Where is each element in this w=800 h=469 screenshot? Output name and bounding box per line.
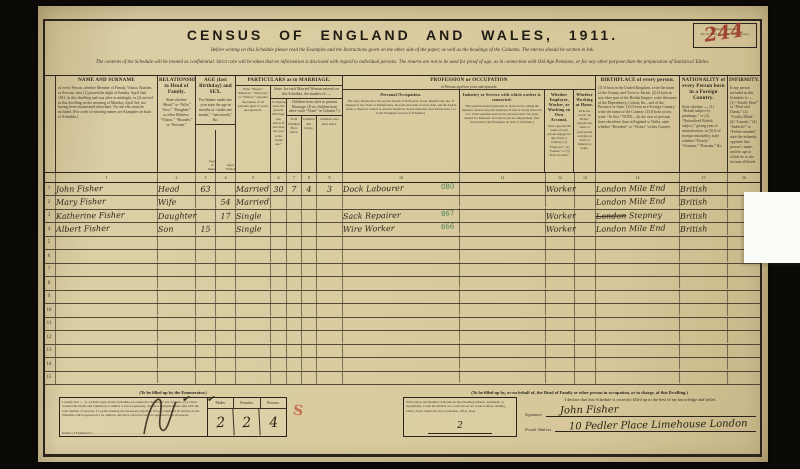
cell-industry [460,370,546,384]
cell-born [287,304,302,317]
cell-occupation [343,315,460,330]
schedule-number-handwritten: 244 [703,17,746,49]
tally-males-value: 2 [207,408,235,436]
enumerator-box: I certify that :— (1.) All the ages on t… [59,397,287,437]
cell-employment [546,290,575,303]
header-children-group: Children born alive to present Marriage.… [287,99,342,172]
cell-occupation [343,275,460,290]
header-marriage-body: Write “Single,” “Married,” “Widower,” or… [236,85,342,172]
cell-relationship [158,290,196,303]
header-infirmity-note: If any person included in this Schedule … [728,85,760,166]
cell-industry [460,302,546,316]
header-occupation-subcols: Personal Occupation. The reply should sh… [343,89,595,172]
cell-relationship [158,344,196,357]
cell-age-f [216,263,236,276]
cell-industry [460,316,546,330]
cell-marriage [236,317,271,330]
scanned-census-page: Number of Schedule. (To be filled up by … [0,0,800,469]
header-children-died: Children who have Died. [317,116,343,171]
postal-address-row: Postal Address 10 Pedler Place Limehouse… [525,420,756,432]
cell-employment [546,263,575,276]
cell-num: 2 [43,196,56,209]
header-nationality: NATIONALITY of every Person born in a Fo… [680,76,728,172]
cell-marriage [236,371,271,384]
header-industry: Industry or Service with which worker is… [460,90,546,172]
header-relationship-note: State whether “Head,” or “Wife,” “Son,” … [158,97,195,129]
header-married-note: State, for each Married Woman entered on… [271,86,342,98]
cell-age-f [216,317,236,330]
cell-age-m [196,344,216,357]
cell-birthplace [596,235,680,249]
cell-num: 15 [43,372,56,385]
cell-born [287,250,302,263]
cell-num: 12 [43,331,56,344]
cell-name [56,356,158,371]
cell-employment [546,303,575,316]
cell-occupation [343,342,460,357]
cell-years [271,277,287,290]
cell-living [302,277,317,290]
cell-died [317,249,343,262]
cell-num: 7 [43,264,56,277]
column-number: 9 [317,173,343,182]
page-title: CENSUS OF ENGLAND AND WALES, 1911. [45,27,760,43]
cell-age-m [196,209,216,222]
header-industry-note: This question should generally be answer… [460,103,545,126]
cell-employment: Worker [546,182,575,195]
cell-age-f [216,250,236,263]
header-nationality-note: State whether :— (1) “British subject by… [680,104,727,150]
header-birthplace: BIRTHPLACE of every person. (1) If born … [596,76,680,172]
cell-nationality: British [680,195,728,209]
cell-occupation [343,302,460,317]
cell-birthplace [596,370,680,384]
cell-living [302,209,317,222]
cell-employment: Worker [546,209,575,222]
rooms-note: Write below the Number of Rooms in this … [406,400,514,413]
header-personal-occupation: Personal Occupation. The reply should sh… [343,90,460,172]
cell-born [287,263,302,276]
cell-age-m [196,277,216,290]
signature-label: Signature [525,412,542,417]
cell-infirmity [728,344,760,357]
cell-marriage: Single [236,209,271,222]
cell-infirmity [728,290,760,303]
cell-num: 13 [43,345,56,358]
cell-occupation [343,194,460,209]
header-children-note: Children born alive to present Marriage.… [287,99,342,116]
cell-age-m [196,371,216,384]
cell-age-m: 15 [196,223,216,236]
cell-died [317,276,343,289]
cell-born [287,209,302,222]
cell-age-m [196,358,216,371]
cell-age-m [196,196,216,209]
cell-employment [546,317,575,330]
cell-birthplace [596,302,680,316]
cell-industry [460,343,546,357]
header-personal-occupation-title: Personal Occupation. [343,90,459,98]
cell-relationship [158,276,196,289]
cell-nationality [680,357,728,371]
cell-infirmity [728,357,760,370]
cell-died [317,236,343,249]
column-number [43,173,56,182]
cell-marriage: Single [236,222,271,235]
column-number: 15 [680,173,728,182]
cell-name [56,248,158,263]
cell-num: 10 [43,304,56,317]
cell-relationship: Daughter [158,209,196,222]
cell-name [56,234,158,249]
header-marriage: PARTICULARS as to MARRIAGE. Write “Singl… [236,76,343,172]
cell-living [302,263,317,276]
header-birthplace-note: (1) If born in the United Kingdom, write… [596,85,679,131]
cell-relationship [158,303,196,316]
cell-occupation [343,248,460,263]
header-nationality-title: NATIONALITY of every Person born in a Fo… [680,76,727,104]
header-marriage-status-note: Write “Single,” “Married,” “Widower,” or… [236,86,271,172]
cell-years [271,236,287,249]
cell-name [56,329,158,344]
instruction-line-2: The contents of the Schedule will be tre… [56,59,750,67]
cell-born [287,358,302,371]
column-number: 2 [158,173,196,182]
table-row: 15 [43,372,760,386]
cell-marriage [236,290,271,303]
cell-born [287,236,302,249]
cell-nationality: British [680,208,728,222]
cell-num: 8 [43,277,56,290]
cell-nationality [680,235,728,249]
table-header-row: NAME AND SURNAME of every Person, whethe… [43,75,760,173]
cell-marriage [236,276,271,289]
cell-marriage [236,263,271,276]
cell-years [271,196,287,209]
cell-born [287,317,302,330]
cell-name [56,315,158,330]
cell-age-m [196,290,216,303]
postal-address-line: 10 Pedler Place Limehouse London [555,420,756,432]
cell-born: 7 [287,182,302,195]
cell-born [287,371,302,384]
header-children-living: Children still Living. [302,116,317,171]
cell-years [271,223,287,236]
column-number: 1 [56,173,158,182]
declaration-area: I declare that this Schedule is correctl… [517,397,756,437]
cell-infirmity [728,330,760,343]
cell-industry [460,248,546,262]
header-employment-note: Write opposite the name of each person e… [545,123,573,158]
cell-nationality [680,343,728,357]
header-infirmity-title: INFIRMITY. [728,76,760,85]
header-name-note: of every Person, whether Member of Famil… [56,85,157,121]
cell-name: Albert Fisher [56,221,158,236]
cell-infirmity [728,263,760,276]
column-number: 16 [728,173,760,182]
cell-died [317,290,343,303]
cell-relationship [158,263,196,276]
cell-occupation [343,329,460,344]
column-number: 8 [302,173,317,182]
cell-relationship: Wife [158,195,196,208]
cell-age-f [216,331,236,344]
cell-nationality [680,262,728,276]
enumerator-initials-scrawl [138,392,188,440]
cell-years [271,317,287,330]
cell-born [287,196,302,209]
cell-at-home [575,223,596,236]
cell-num: 1 [43,183,56,196]
cell-nationality [680,276,728,290]
cell-occupation [343,288,460,303]
cell-name [56,342,158,357]
cell-nationality [680,249,728,263]
cell-at-home [575,277,596,290]
signature-row: Signature John Fisher [525,405,756,417]
cell-birthplace [596,343,680,357]
cell-birthplace [596,356,680,370]
cell-name: Mary Fisher [56,194,158,209]
cell-name [56,288,158,303]
header-row-number [43,76,56,172]
cell-marriage [236,303,271,316]
cell-years [271,290,287,303]
cell-birthplace [596,316,680,330]
tally-females-value: 2 [234,408,262,436]
cell-years [271,209,287,222]
column-number: 7 [287,173,302,182]
cell-num: 3 [43,210,56,223]
cell-age-f [216,182,236,195]
cell-living: 4 [302,182,317,195]
cell-industry [460,262,546,276]
cell-years [271,263,287,276]
cell-born [287,223,302,236]
cell-employment [546,236,575,249]
cell-died [317,371,343,384]
cell-born [287,344,302,357]
cell-birthplace: London Mile End [596,194,680,208]
cell-industry [460,356,546,370]
cell-occupation [343,356,460,371]
cell-occupation: Dock Labourer080 [343,180,460,195]
header-age-note: For Infants under one year state the age… [196,97,235,124]
cell-industry [460,235,546,249]
postal-address-handwritten: 10 Pedler Place Limehouse London [555,418,748,432]
cell-died [317,222,343,235]
cell-living [302,290,317,303]
header-marriage-right: State, for each Married Woman entered on… [271,86,342,172]
cell-employment [546,344,575,357]
cell-at-home [575,304,596,317]
header-name-title: NAME AND SURNAME [56,76,157,85]
cell-nationality: British [680,222,728,236]
cell-num: 6 [43,250,56,263]
bottom-sections: (To be filled up by the Enumerator.) I c… [45,390,760,437]
cell-at-home [575,182,596,195]
header-years-married: Completed years the present Marriage has… [271,99,287,172]
cell-age-m [196,317,216,330]
instruction-line-1: Before writing on this Schedule please r… [45,48,760,53]
cell-employment [546,357,575,370]
cell-born [287,277,302,290]
rooms-box: Write below the Number of Rooms in this … [403,397,517,437]
cell-name [56,261,158,276]
cell-industry [460,221,546,235]
cell-nationality [680,330,728,344]
tally-values: 2 2 4 [208,409,286,436]
cell-industry [460,329,546,343]
header-children-born: Total Children Born Alive. [287,116,302,171]
enumerator-tally: Males. Females. Persons. 2 2 4 [207,398,286,436]
cell-employment: Worker [546,222,575,235]
cell-age-m [196,331,216,344]
column-number: 4 [216,173,236,182]
cell-birthplace: London Mile End [596,181,680,195]
header-at-home-title: Whether Working at Home. [574,90,595,108]
cell-died [317,330,343,343]
cell-at-home [575,209,596,222]
cell-at-home [575,250,596,263]
column-number: 6 [271,173,287,182]
cell-birthplace [596,289,680,303]
cell-industry [460,289,546,303]
column-number: 11 [460,173,546,182]
header-age-males: Ages of Males. [196,130,216,172]
cell-infirmity [728,317,760,330]
cell-age-f: 17 [216,209,236,222]
column-number: 14 [596,173,680,182]
householder-body: Write below the Number of Rooms in this … [403,397,756,437]
cell-living [302,236,317,249]
cell-occupation: Sack Repairer867 [343,207,460,222]
cell-employment [546,371,575,384]
cell-age-f [216,277,236,290]
cell-living [302,371,317,384]
cell-marriage [236,330,271,343]
header-occupation-title: PROFESSION or OCCUPATION [343,76,595,85]
cell-age-f [216,358,236,371]
cell-marriage [236,344,271,357]
cell-years [271,304,287,317]
cell-age-m [196,263,216,276]
cell-birthplace: London Stepney [596,208,680,222]
occupation-code: 080 [440,182,454,191]
cell-years [271,371,287,384]
header-employment-title: Whether Employer, Worker, or Working on … [545,90,573,123]
cell-num: 9 [43,291,56,304]
cell-at-home [575,331,596,344]
cell-marriage [236,249,271,262]
cell-relationship [158,330,196,343]
cell-occupation [343,234,460,249]
cell-age-m [196,304,216,317]
header-marriage-title: PARTICULARS as to MARRIAGE. [236,76,342,85]
cell-relationship [158,371,196,384]
census-table: NAME AND SURNAME of every Person, whethe… [43,75,760,386]
cell-marriage: Married [236,195,271,208]
cell-occupation [343,369,460,384]
cell-name: Katherine Fisher [56,207,158,222]
cell-nationality: British [680,181,728,195]
cell-infirmity [728,276,760,289]
cell-years [271,331,287,344]
cell-name [56,369,158,384]
occupation-code: 666 [440,223,454,232]
cell-name [56,302,158,317]
cell-at-home [575,290,596,303]
cell-industry [460,194,546,208]
cell-num: 11 [43,318,56,331]
cell-died [317,303,343,316]
cell-living [302,250,317,263]
cell-relationship [158,236,196,249]
header-personal-occupation-note: The reply should show the precise branch… [343,98,459,117]
cell-died [317,344,343,357]
header-birthplace-title: BIRTHPLACE of every person. [596,76,679,85]
cell-relationship [158,357,196,370]
census-paper: Number of Schedule. (To be filled up by … [38,6,768,462]
cell-infirmity [728,371,760,384]
cell-num: 14 [43,358,56,371]
cell-died [317,209,343,222]
cell-num: 5 [43,237,56,250]
cell-occupation [343,261,460,276]
header-name: NAME AND SURNAME of every Person, whethe… [56,76,158,172]
cell-relationship: Son [158,222,196,235]
cell-born [287,331,302,344]
struck-word: London [596,211,627,221]
cell-living [302,358,317,371]
cell-born [287,290,302,303]
cell-living [302,344,317,357]
header-age-females: Ages of Females. [216,130,235,172]
header-age-title: AGE (last Birthday) and SEX. [196,76,235,98]
header-marriage-subcols: Completed years the present Marriage has… [271,98,342,172]
red-ink-stamp: S [292,402,304,419]
cell-employment [546,195,575,208]
header-relationship-title: RELATIONSHIP to Head of Family. [158,76,195,98]
cell-relationship [158,317,196,330]
cell-age-f [216,371,236,384]
cell-marriage [236,236,271,249]
occupation-code: 867 [440,209,454,218]
cell-years [271,344,287,357]
cell-marriage: Married [236,182,271,195]
header-industry-title: Industry or Service with which worker is… [460,90,545,103]
cell-at-home [575,236,596,249]
census-form-border: Number of Schedule. (To be filled up by … [43,19,762,457]
cell-years: 30 [271,182,287,195]
cell-age-f [216,304,236,317]
cell-at-home [575,358,596,371]
header-at-home-note: Write the words “At Home” opposite the n… [574,108,595,152]
cell-age-f: 54 [216,196,236,209]
schedule-number-box: Number of Schedule. (To be filled up by … [693,23,757,48]
declaration-text: I declare that this Schedule is correctl… [525,397,756,402]
cell-name: John Fisher [56,180,158,195]
tally-females-label: Females. [234,398,260,408]
enumerator-initials-label: Initials of Enumerator. [62,431,93,435]
householder-section: (To be filled up by, or on behalf of, th… [403,390,756,437]
cell-living [302,223,317,236]
cell-nationality [680,289,728,303]
tally-labels: Males. Females. Persons. [208,398,286,409]
cell-years [271,358,287,371]
column-number: 5 [236,173,271,182]
cell-age-m [196,236,216,249]
